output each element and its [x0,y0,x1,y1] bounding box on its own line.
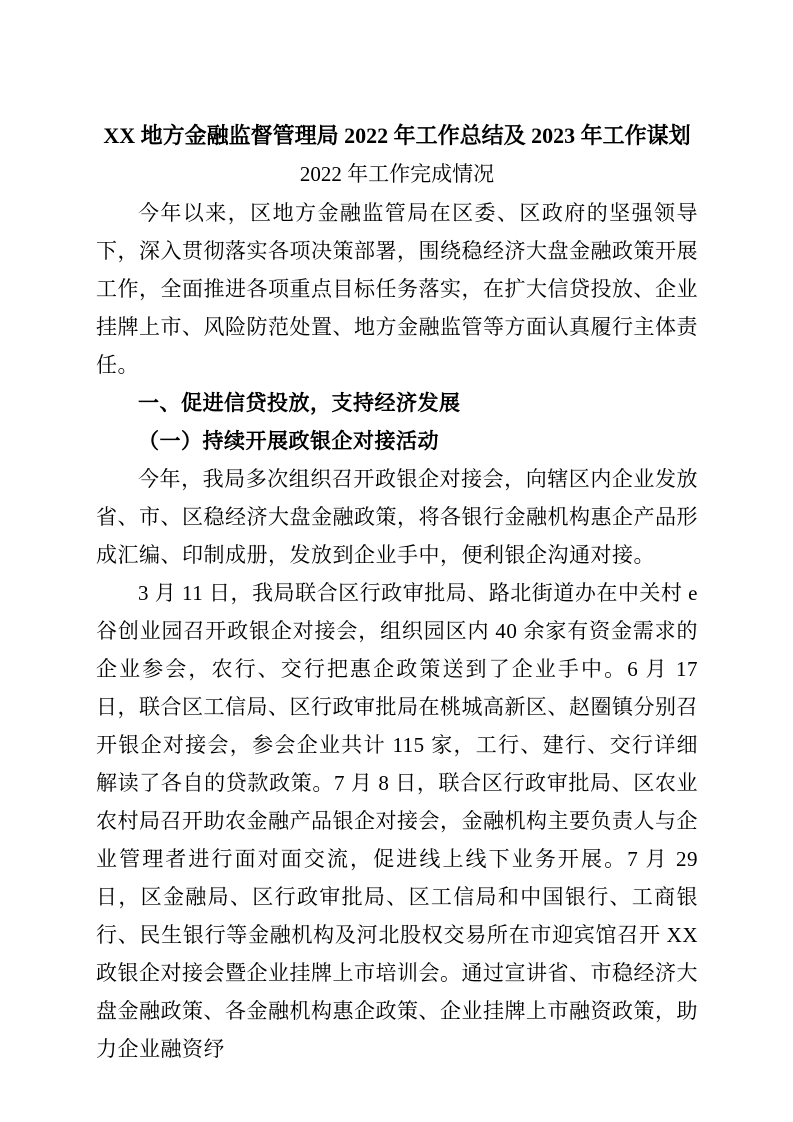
document-title: XX 地方金融监督管理局 2022 年工作总结及 2023 年工作谋划 [96,116,698,155]
section-heading: 一、促进信贷投放，支持经济发展 [96,384,698,422]
paragraph: 3 月 11 日，我局联合区行政审批局、路北街道办在中关村 e 谷创业园召开政银… [96,574,698,1068]
paragraph: 今年以来，区地方金融监管局在区委、区政府的坚强领导下，深入贯彻落实各项决策部署，… [96,194,698,384]
paragraph: 今年，我局多次组织召开政银企对接会，向辖区内企业发放省、市、区稳经济大盘金融政策… [96,460,698,574]
subsection-heading: （一）持续开展政银企对接活动 [96,422,698,460]
document-body: 今年以来，区地方金融监管局在区委、区政府的坚强领导下，深入贯彻落实各项决策部署，… [96,194,698,1068]
document-subtitle: 2022 年工作完成情况 [96,155,698,194]
document-page: XX 地方金融监督管理局 2022 年工作总结及 2023 年工作谋划 2022… [0,0,793,1122]
